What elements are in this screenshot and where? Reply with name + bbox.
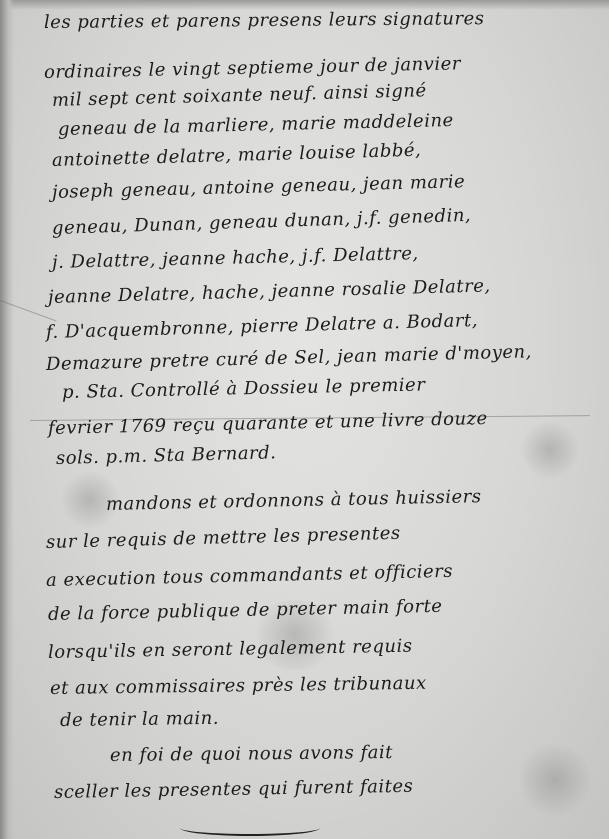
manuscript-line: antoinette delatre, marie louise labbé, — [52, 140, 422, 171]
manuscript-line: sceller les presentes qui furent faites — [54, 776, 414, 803]
manuscript-line: joseph geneau, antoine geneau, jean mari… — [52, 171, 466, 203]
closing-flourish — [180, 820, 320, 836]
manuscript-line: geneau, Dunan, geneau dunan, j.f. genedi… — [52, 205, 472, 239]
manuscript-line: a execution tous commandants et officier… — [46, 561, 453, 591]
manuscript-line: de la force publique de preter main fort… — [48, 596, 443, 625]
manuscript-line: fevrier 1769 reçu quarante et une livre … — [48, 408, 488, 439]
manuscript-line: sols. p.m. Sta Bernard. — [56, 442, 277, 469]
manuscript-line: lorsqu'ils en seront legalement requis — [48, 636, 413, 663]
manuscript-line: jeanne Delatre, hache, jeanne rosalie De… — [48, 275, 491, 308]
manuscript-line: mil sept cent soixante neuf. ainsi signé — [52, 80, 427, 111]
manuscript-line: Demazure pretre curé de Sel, jean marie … — [46, 341, 532, 375]
manuscript-line: p. Sta. Controllé à Dossieu le premier — [62, 374, 426, 403]
manuscript-line: f. D'acquembronne, pierre Delatre a. Bod… — [46, 310, 479, 343]
manuscript-line: ordinaires le vingt septieme jour de jan… — [44, 53, 461, 83]
manuscript-line: en foi de quoi nous avons fait — [110, 742, 393, 766]
page-top-edge — [0, 0, 609, 10]
paper-stain — [520, 420, 580, 480]
manuscript-line: les parties et parens presens leurs sign… — [44, 8, 485, 33]
manuscript-line: geneau de la marliere, marie maddeleine — [58, 110, 454, 140]
manuscript-line: de tenir la main. — [60, 708, 219, 731]
manuscript-page: les parties et parens presens leurs sign… — [0, 0, 609, 839]
page-left-edge — [0, 0, 14, 839]
manuscript-line: mandons et ordonnons à tous huissiers — [106, 486, 482, 515]
paper-stain — [520, 740, 590, 820]
manuscript-line: j. Delattre, jeanne hache, j.f. Delattre… — [52, 243, 419, 273]
manuscript-line: et aux commissaires près les tribunaux — [50, 673, 427, 699]
